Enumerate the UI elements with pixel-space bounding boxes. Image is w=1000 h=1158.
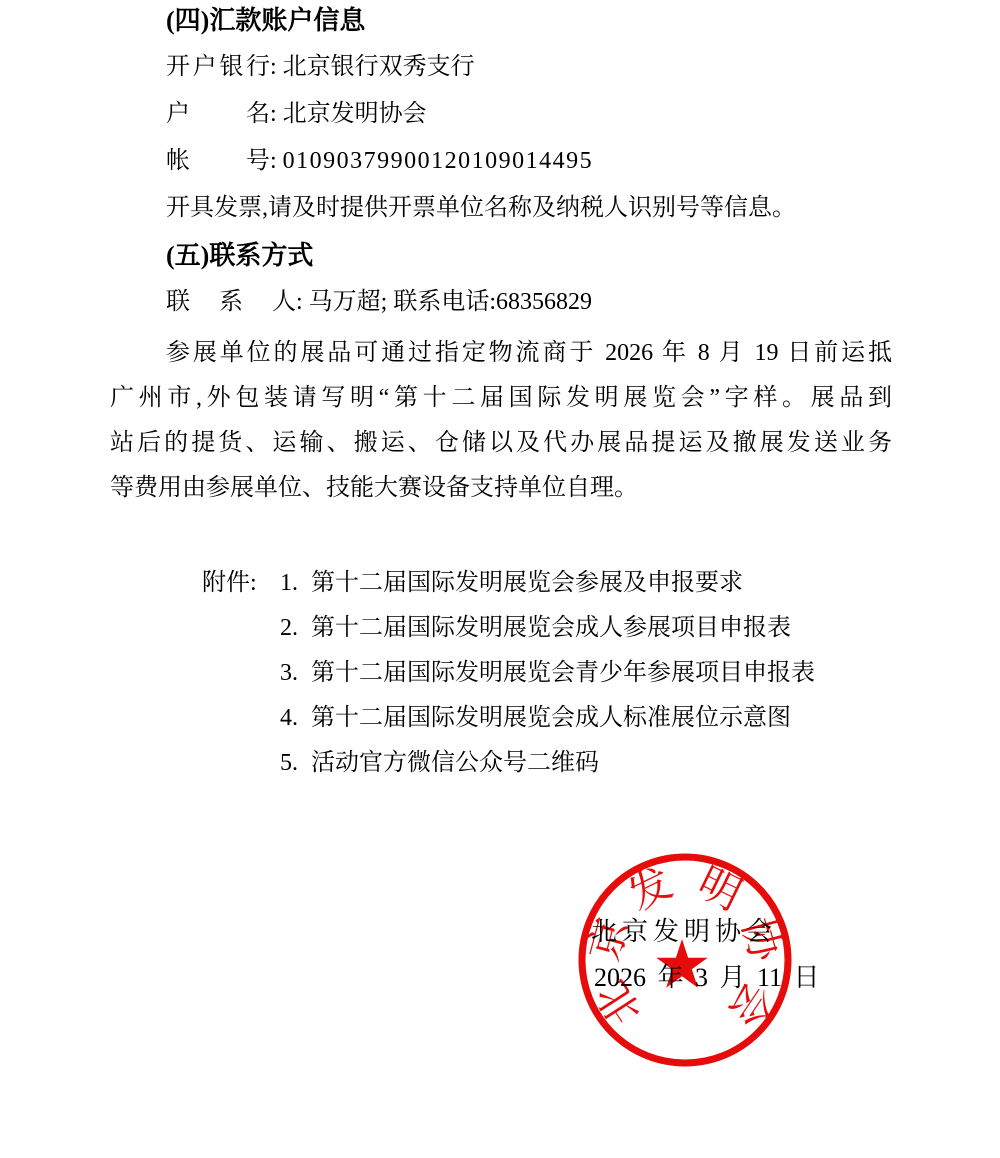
attachment-item: 3. 第十二届国际发明展览会青少年参展项目申报表 <box>110 651 892 696</box>
field-row-bank: 开 户 银 行 :北京银行双秀支行 <box>110 44 892 91</box>
paragraph-line: 参展单位的展品可通过指定物流商于 2026 年 8 月 19 日前运抵 <box>110 331 892 376</box>
attachments-label: 附件: <box>202 561 280 606</box>
field-label-account-number: 帐 号 <box>166 138 270 185</box>
colon: : <box>296 289 303 315</box>
section-heading-remittance: (四)汇款账户信息 <box>110 0 892 44</box>
field-value-account-number: 01090379900120109014495 <box>277 148 594 174</box>
attachment-item: 2. 第十二届国际发明展览会成人参展项目申报表 <box>110 606 892 651</box>
field-label-account-name: 户 名 <box>166 91 270 138</box>
signature-org-name: 北京发明协会 <box>591 917 777 947</box>
contact-row: 联 系 人 :马万超; 联系电话:68356829 <box>110 279 892 326</box>
document-page: (四)汇款账户信息 开 户 银 行 :北京银行双秀支行 户 名 :北京发明协会 … <box>0 0 1000 1158</box>
shipping-paragraph: 参展单位的展品可通过指定物流商于 2026 年 8 月 19 日前运抵 广州市,… <box>110 331 892 511</box>
contact-label: 联 系 人 <box>166 279 296 326</box>
field-value-account-name: 北京发明协会 <box>277 101 427 127</box>
signature-date: 2026 年 3 月 11 日 <box>594 963 820 993</box>
seal-ring-char: 发 <box>621 859 679 920</box>
field-value-bank: 北京银行双秀支行 <box>277 54 475 80</box>
document-body: (四)汇款账户信息 开 户 银 行 :北京银行双秀支行 户 名 :北京发明协会 … <box>110 0 892 786</box>
field-row-account-name: 户 名 :北京发明协会 <box>110 91 892 138</box>
attachment-item: 5. 活动官方微信公众号二维码 <box>110 741 892 786</box>
invoice-note: 开具发票,请及时提供开票单位名称及纳税人识别号等信息。 <box>110 185 892 232</box>
attachments-list: 附件: 1. 第十二届国际发明展览会参展及申报要求 2. 第十二届国际发明展览会… <box>110 561 892 786</box>
field-row-account-number: 帐 号 :01090379900120109014495 <box>110 138 892 185</box>
official-seal: 北 京 发 明 协 会 <box>576 851 794 1069</box>
colon: : <box>270 54 277 80</box>
contact-value: 马万超; 联系电话:68356829 <box>303 289 592 315</box>
paragraph-line: 广州市,外包装请写明“第十二届国际发明展览会”字样。展品到 <box>110 376 892 421</box>
colon: : <box>270 101 277 127</box>
attachment-item: 附件: 1. 第十二届国际发明展览会参展及申报要求 <box>110 561 892 606</box>
attachment-item: 4. 第十二届国际发明展览会成人标准展位示意图 <box>110 696 892 741</box>
section-heading-contact: (五)联系方式 <box>110 232 892 279</box>
colon: : <box>270 148 277 174</box>
paragraph-line: 站后的提货、运输、搬运、仓储以及代办展品提运及撤展发送业务 <box>110 421 892 466</box>
field-label-bank: 开 户 银 行 <box>166 44 270 91</box>
paragraph-line: 等费用由参展单位、技能大赛设备支持单位自理。 <box>110 466 892 511</box>
